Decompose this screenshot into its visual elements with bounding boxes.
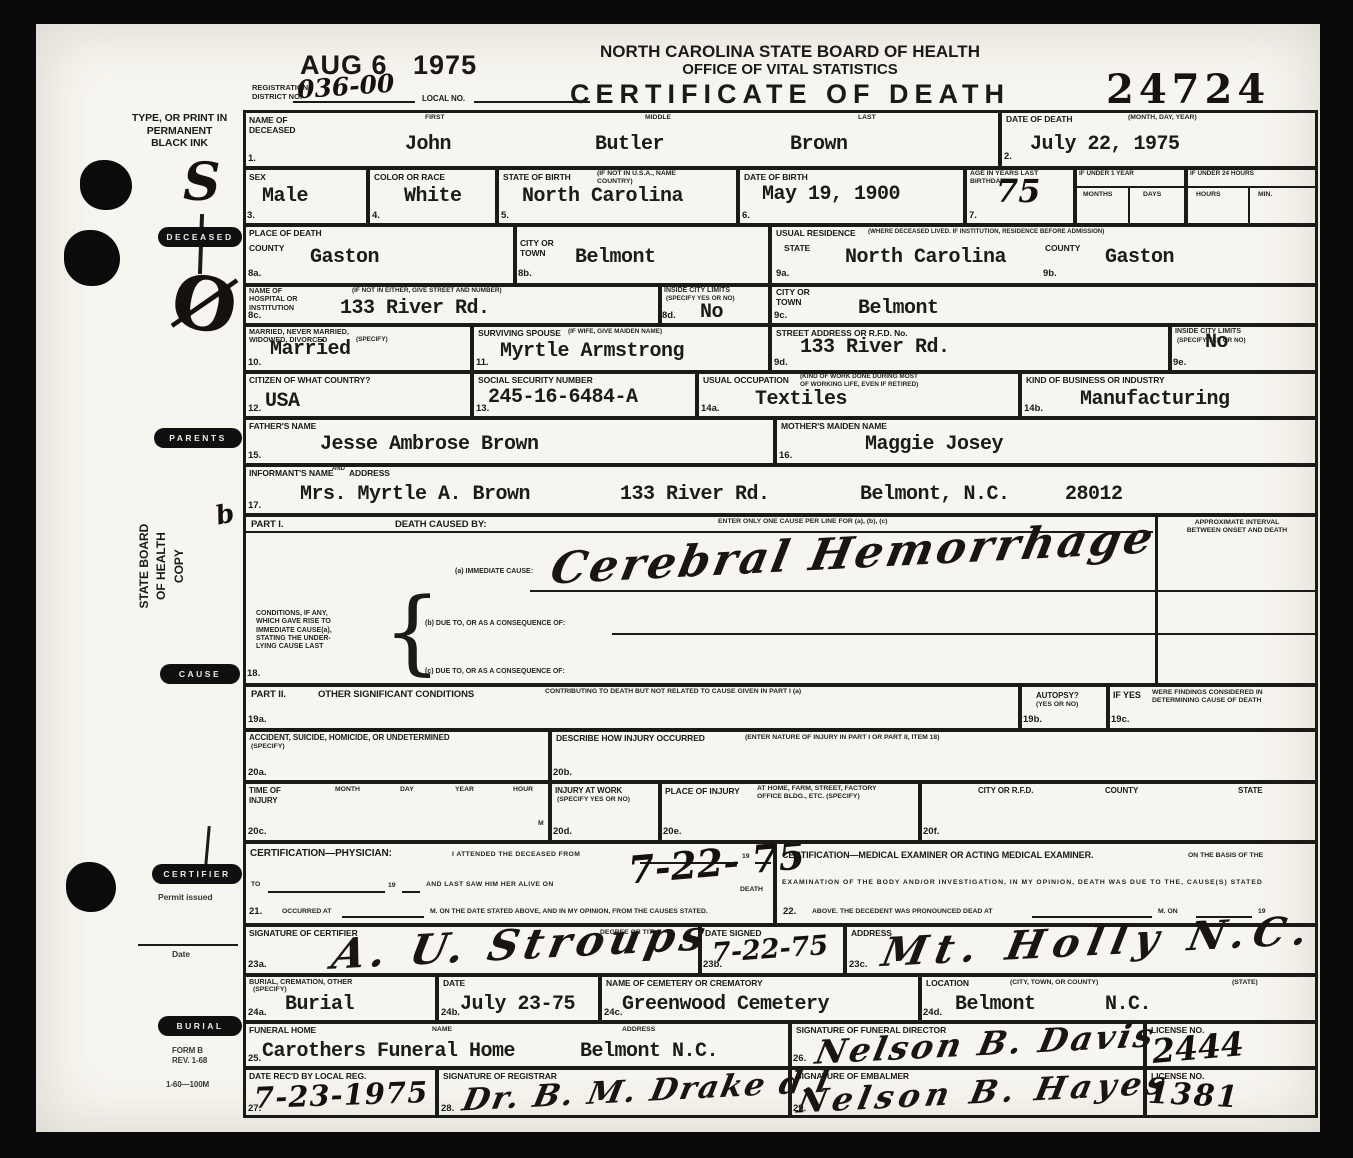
field-23c-number: 23c. bbox=[849, 959, 868, 970]
state-of-birth-label: STATE OF BIRTH bbox=[503, 172, 571, 182]
field-8a-number: 8a. bbox=[248, 268, 261, 279]
due-to-b-label: (b) DUE TO, OR AS A CONSEQUENCE OF: bbox=[425, 620, 565, 628]
date-received-value: 7-23-1975 bbox=[253, 1075, 428, 1115]
place-of-injury-label: PLACE OF INJURY bbox=[665, 786, 740, 796]
to-label: TO bbox=[251, 881, 260, 889]
print-instruction: TYPE, OR PRINT IN PERMANENT BLACK INK bbox=[122, 112, 237, 150]
injury-at-work-label: INJURY AT WORK bbox=[555, 786, 622, 796]
state-of-birth-value: North Carolina bbox=[522, 185, 683, 208]
pronounced-dead-label: ABOVE. THE DECEDENT WAS PRONOUNCED DEAD … bbox=[812, 908, 993, 916]
injury-state-header: STATE bbox=[1238, 786, 1263, 796]
date-of-death-value: July 22, 1975 bbox=[1030, 133, 1180, 156]
date-of-birth-value: May 19, 1900 bbox=[762, 183, 900, 206]
month-header: MONTH bbox=[335, 786, 360, 794]
funeral-home-addr-header: ADDRESS bbox=[622, 1026, 655, 1034]
place-of-death-group-label: PLACE OF DEATH bbox=[249, 228, 322, 238]
middle-name-value: Butler bbox=[595, 133, 664, 156]
field-4-number: 4. bbox=[372, 210, 380, 221]
autopsy-sublabel: (YES OR NO) bbox=[1036, 701, 1078, 709]
burial-date-value: July 23-75 bbox=[460, 993, 575, 1016]
field-25-number: 25. bbox=[248, 1053, 261, 1064]
field-20f-number: 20f. bbox=[923, 826, 939, 837]
residence-state-value: North Carolina bbox=[845, 246, 1006, 269]
field-20e-number: 20e. bbox=[663, 826, 682, 837]
permit-issued-label: Permit issued bbox=[158, 892, 212, 902]
date-line bbox=[138, 944, 238, 946]
date-of-birth-label: DATE OF BIRTH bbox=[744, 172, 808, 182]
state-of-birth-sublabel: (IF NOT IN U.S.A., NAME COUNTRY) bbox=[597, 170, 676, 186]
marital-value: Married bbox=[270, 338, 351, 361]
field-23b-number: 23b. bbox=[703, 959, 722, 970]
sub-vrule bbox=[1128, 186, 1130, 225]
part1-instruction: ENTER ONLY ONE CAUSE PER LINE FOR (a), (… bbox=[718, 518, 888, 526]
embalmer-license-value: 1381 bbox=[1147, 1076, 1240, 1116]
ssn-value: 245-16-6484-A bbox=[488, 386, 638, 409]
registration-underline bbox=[293, 101, 415, 103]
field-9c-number: 9c. bbox=[774, 310, 787, 321]
interval-column-border bbox=[1155, 515, 1158, 685]
county-label: COUNTY bbox=[249, 243, 284, 253]
field-14a-number: 14a. bbox=[701, 403, 720, 414]
mother-value: Maggie Josey bbox=[865, 433, 1003, 456]
residence-county-label: COUNTY bbox=[1045, 243, 1080, 253]
field-9a-number: 9a. bbox=[776, 268, 789, 279]
field-13-number: 13. bbox=[476, 403, 489, 414]
hole-punch bbox=[80, 160, 132, 210]
field-5-number: 5. bbox=[501, 210, 509, 221]
burial-date-label: DATE bbox=[443, 978, 465, 988]
marital-sublabel: (SPECIFY) bbox=[356, 336, 388, 344]
field-2-number: 2. bbox=[1004, 151, 1012, 162]
burial-location-state-sublabel: (STATE) bbox=[1232, 979, 1258, 987]
months-header: MONTHS bbox=[1083, 191, 1112, 199]
field-9e-number: 9e. bbox=[1173, 357, 1186, 368]
injury-county-header: COUNTY bbox=[1105, 786, 1138, 796]
first-name-value: John bbox=[405, 133, 451, 156]
field-19b-number: 19b. bbox=[1023, 714, 1042, 725]
field-20b-number: 20b. bbox=[553, 767, 572, 778]
describe-injury-label: DESCRIBE HOW INJURY OCCURRED bbox=[556, 733, 705, 743]
field-20c-number: 20c. bbox=[248, 826, 267, 837]
race-value: White bbox=[404, 185, 462, 208]
limits-9e-value: No bbox=[1205, 331, 1228, 354]
cell-residence-city bbox=[770, 285, 1318, 325]
if-yes-label: IF YES bbox=[1113, 690, 1141, 701]
informant-address-label: ADDRESS bbox=[349, 468, 390, 478]
scanned-death-certificate: AUG 6 1975 REGISTRATION DISTRICT NO. 036… bbox=[0, 0, 1353, 1158]
accident-label: ACCIDENT, SUICIDE, HOMICIDE, OR UNDETERM… bbox=[249, 733, 450, 743]
field-10-number: 10. bbox=[248, 357, 261, 368]
conditions-brace: { bbox=[383, 592, 442, 672]
field-11-number: 11. bbox=[476, 357, 489, 368]
informant-city-value: Belmont, N.C. bbox=[860, 483, 1010, 506]
occupation-sublabel: (KIND OF WORK DONE DURING MOST OF WORKIN… bbox=[800, 373, 918, 388]
field-8d-number: 8d. bbox=[662, 310, 676, 321]
date-of-death-sublabel: (MONTH, DAY, YEAR) bbox=[1128, 114, 1197, 122]
year-19-label-2: 19 bbox=[388, 882, 396, 890]
sex-value: Male bbox=[262, 185, 308, 208]
race-label: COLOR OR RACE bbox=[374, 172, 445, 182]
funeral-home-name-value: Carothers Funeral Home bbox=[262, 1040, 515, 1063]
under-1-year-label: IF UNDER 1 YEAR bbox=[1079, 170, 1134, 178]
street-address-value: 133 River Rd. bbox=[800, 336, 950, 359]
burial-location-label: LOCATION bbox=[926, 978, 969, 988]
sub-rule bbox=[1075, 186, 1318, 188]
field-1-number: 1. bbox=[248, 153, 256, 164]
days-header: DAYS bbox=[1143, 191, 1161, 199]
industry-label: KIND OF BUSINESS OR INDUSTRY bbox=[1026, 375, 1165, 385]
field-6-number: 6. bbox=[742, 210, 750, 221]
min-header: MIN. bbox=[1258, 191, 1272, 199]
informant-name-value: Mrs. Myrtle A. Brown bbox=[300, 483, 530, 506]
field-15-number: 15. bbox=[248, 450, 261, 461]
mother-label: MOTHER'S MAIDEN NAME bbox=[781, 421, 887, 431]
describe-injury-sublabel: (ENTER NATURE OF INJURY IN PART I OR PAR… bbox=[745, 734, 939, 742]
hour-header: HOUR bbox=[513, 786, 533, 794]
field-16-number: 16. bbox=[779, 450, 792, 461]
last-header: LAST bbox=[858, 114, 876, 122]
interval-label: APPROXIMATE INTERVAL BETWEEN ONSET AND D… bbox=[1162, 519, 1312, 535]
local-no-label: LOCAL NO. bbox=[422, 94, 465, 104]
field-20d-number: 20d. bbox=[553, 826, 572, 837]
cause-a-line bbox=[530, 590, 1316, 592]
accident-sublabel: (SPECIFY) bbox=[251, 743, 285, 751]
cemetery-value: Greenwood Cemetery bbox=[622, 993, 829, 1016]
death-caused-by-label: DEATH CAUSED BY: bbox=[395, 519, 486, 530]
place-of-injury-sublabel: AT HOME, FARM, STREET, FACTORY OFFICE BL… bbox=[757, 785, 877, 801]
year-header: YEAR bbox=[455, 786, 474, 794]
cell-time-of-injury bbox=[243, 782, 550, 842]
field-9b-number: 9b. bbox=[1043, 268, 1057, 279]
burial-location-state-value: N.C. bbox=[1105, 993, 1151, 1016]
residence-state-label: STATE bbox=[784, 243, 810, 253]
certificate-number: 24724 bbox=[1106, 66, 1270, 113]
field-21-number: 21. bbox=[249, 906, 262, 917]
form-number: FORM B bbox=[172, 1046, 203, 1056]
spouse-sublabel: (IF WIFE, GIVE MAIDEN NAME) bbox=[568, 328, 662, 336]
blank-line bbox=[342, 916, 424, 918]
last-name-value: Brown bbox=[790, 133, 848, 156]
field-14b-number: 14b. bbox=[1024, 403, 1043, 414]
occupation-label: USUAL OCCUPATION bbox=[703, 375, 789, 385]
part2-instruction: CONTRIBUTING TO DEATH BUT NOT RELATED TO… bbox=[545, 688, 801, 696]
injury-at-work-sublabel: (SPECIFY YES OR NO) bbox=[557, 796, 630, 804]
usual-residence-label: USUAL RESIDENCE bbox=[776, 228, 856, 238]
spouse-label: SURVIVING SPOUSE bbox=[478, 328, 561, 338]
header-line2: OFFICE OF VITAL STATISTICS bbox=[490, 61, 1090, 78]
header-line1: NORTH CAROLINA STATE BOARD OF HEALTH bbox=[490, 42, 1090, 62]
father-value: Jesse Ambrose Brown bbox=[320, 433, 539, 456]
date-line-label: Date bbox=[172, 949, 190, 959]
father-label: FATHER'S NAME bbox=[249, 421, 316, 431]
time-of-injury-label: TIME OF INJURY bbox=[249, 786, 281, 805]
limits-8d-label: INSIDE CITY LIMITS bbox=[664, 287, 730, 295]
first-header: FIRST bbox=[425, 114, 445, 122]
cert-physician-title: CERTIFICATION—PHYSICIAN: bbox=[250, 848, 392, 860]
blank-line bbox=[402, 891, 420, 893]
last-saw-alive-label: AND LAST SAW HIM HER ALIVE ON bbox=[426, 881, 554, 889]
sub-vrule bbox=[1248, 186, 1250, 225]
date-of-death-label: DATE OF DEATH bbox=[1006, 114, 1072, 124]
age-value: 75 bbox=[996, 172, 1041, 210]
field-22-number: 22. bbox=[783, 906, 796, 917]
due-to-c-label: (c) DUE TO, OR AS A CONSEQUENCE OF: bbox=[425, 668, 565, 676]
field-24d-number: 24d. bbox=[923, 1007, 942, 1018]
informant-and-label: AND bbox=[332, 466, 345, 473]
hole-punch bbox=[66, 862, 116, 912]
field-8c-number: 8c. bbox=[248, 310, 261, 321]
header-title: CERTIFICATE OF DEATH bbox=[490, 79, 1090, 110]
residence-county-value: Gaston bbox=[1105, 246, 1174, 269]
tab-certifier: CERTIFIER bbox=[152, 864, 242, 884]
under-24-hours-label: IF UNDER 24 HOURS bbox=[1190, 170, 1254, 178]
field-8b-number: 8b. bbox=[518, 268, 532, 279]
field-28-number: 28. bbox=[441, 1103, 454, 1114]
cemetery-label: NAME OF CEMETERY OR CREMATORY bbox=[606, 978, 763, 988]
field-20a-number: 20a. bbox=[248, 767, 267, 778]
part2-title: OTHER SIGNIFICANT CONDITIONS bbox=[318, 689, 474, 700]
tab-parents: PARENTS bbox=[154, 428, 242, 448]
part1-label: PART I. bbox=[251, 519, 283, 530]
residence-city-value: Belmont bbox=[858, 297, 939, 320]
place-of-death-city-value: Belmont bbox=[575, 246, 656, 269]
tab-cause: CAUSE bbox=[160, 664, 240, 684]
blank-line bbox=[268, 891, 385, 893]
burial-type-value: Burial bbox=[285, 993, 354, 1016]
findings-label: WERE FINDINGS CONSIDERED IN DETERMINING … bbox=[1152, 689, 1263, 705]
on-basis-label: ON THE BASIS OF THE bbox=[1188, 852, 1263, 860]
informant-street-value: 133 River Rd. bbox=[620, 483, 770, 506]
hospital-value: 133 River Rd. bbox=[340, 297, 490, 320]
citizen-label: CITIZEN OF WHAT COUNTRY? bbox=[249, 375, 370, 385]
cert-examiner-title: CERTIFICATION—MEDICAL EXAMINER OR ACTING… bbox=[782, 850, 1093, 861]
hospital-label: NAME OF HOSPITAL OR INSTITUTION bbox=[249, 287, 297, 312]
form-revision: REV. 1-68 bbox=[172, 1056, 207, 1066]
cert-examiner-line2: EXAMINATION OF THE BODY AND/OR INVESTIGA… bbox=[782, 879, 1263, 887]
part2-label: PART II. bbox=[251, 689, 286, 700]
name-label: NAME OF DECEASED bbox=[249, 115, 295, 135]
burial-location-city-sublabel: (CITY, TOWN, OR COUNTY) bbox=[1010, 979, 1098, 987]
citizen-value: USA bbox=[265, 390, 300, 413]
tab-deceased: DECEASED bbox=[158, 227, 242, 247]
cause-b-line bbox=[612, 633, 1316, 635]
limits-8d-value: No bbox=[700, 301, 723, 324]
hours-header: HOURS bbox=[1196, 191, 1221, 199]
field-26-number: 26. bbox=[793, 1053, 806, 1064]
field-23a-number: 23a. bbox=[248, 959, 267, 970]
residence-city-label: CITY OR TOWN bbox=[776, 287, 810, 307]
autopsy-label: AUTOPSY? bbox=[1036, 691, 1079, 701]
ssn-label: SOCIAL SECURITY NUMBER bbox=[478, 375, 593, 385]
field-24b-number: 24b. bbox=[441, 1007, 460, 1018]
hospital-sublabel: (IF NOT IN EITHER, GIVE STREET AND NUMBE… bbox=[352, 287, 502, 295]
place-of-death-county-value: Gaston bbox=[310, 246, 379, 269]
field-3-number: 3. bbox=[247, 210, 255, 221]
spouse-value: Myrtle Armstrong bbox=[500, 340, 684, 363]
field-12-number: 12. bbox=[248, 403, 261, 414]
day-header: DAY bbox=[400, 786, 414, 794]
field-24a-number: 24a. bbox=[248, 1007, 267, 1018]
conditions-note: CONDITIONS, IF ANY, WHICH GAVE RISE TO I… bbox=[256, 610, 332, 651]
attended-from-label: I ATTENDED THE DECEASED FROM bbox=[452, 851, 580, 859]
meridiem-label: M bbox=[538, 820, 544, 828]
sex-label: SEX bbox=[249, 172, 266, 182]
copy-stamp: STATE BOARD OF HEALTH COPY bbox=[136, 496, 188, 636]
field-19a-number: 19a. bbox=[248, 714, 267, 725]
hole-punch bbox=[64, 230, 120, 286]
informant-label: INFORMANT'S NAME bbox=[249, 468, 333, 478]
field-17-number: 17. bbox=[248, 500, 261, 511]
city-or-town-label: CITY OR TOWN bbox=[520, 238, 554, 258]
field-27-number: 27. bbox=[248, 1103, 261, 1114]
injury-city-header: CITY OR R.F.D. bbox=[978, 786, 1033, 796]
industry-value: Manufacturing bbox=[1080, 388, 1230, 411]
funeral-home-label: FUNERAL HOME bbox=[249, 1025, 316, 1035]
funeral-home-name-header: NAME bbox=[432, 1026, 452, 1034]
field-24c-number: 24c. bbox=[604, 1007, 623, 1018]
field-9d-number: 9d. bbox=[774, 357, 788, 368]
field-7-number: 7. bbox=[969, 210, 977, 221]
usual-residence-sublabel: (WHERE DECEASED LIVED. IF INSTITUTION, R… bbox=[868, 228, 1104, 235]
field-18-number: 18. bbox=[247, 668, 260, 679]
immediate-cause-label: (a) IMMEDIATE CAUSE: bbox=[455, 568, 533, 576]
death-label: DEATH bbox=[740, 886, 763, 894]
field-29-number: 29. bbox=[793, 1103, 806, 1114]
funeral-home-addr-value: Belmont N.C. bbox=[580, 1040, 718, 1063]
handwritten-mark-s: S bbox=[183, 152, 221, 213]
occurred-at-label: OCCURRED AT bbox=[282, 908, 331, 916]
middle-header: MIDDLE bbox=[645, 114, 671, 122]
print-run-code: 1-60—100M bbox=[166, 1080, 209, 1090]
occupation-value: Textiles bbox=[755, 388, 847, 411]
burial-type-sublabel: (SPECIFY) bbox=[253, 986, 287, 994]
tab-burial: BURIAL bbox=[158, 1016, 242, 1036]
informant-zip-value: 28012 bbox=[1065, 483, 1123, 506]
field-19c-number: 19c. bbox=[1111, 714, 1130, 725]
burial-location-city-value: Belmont bbox=[955, 993, 1036, 1016]
